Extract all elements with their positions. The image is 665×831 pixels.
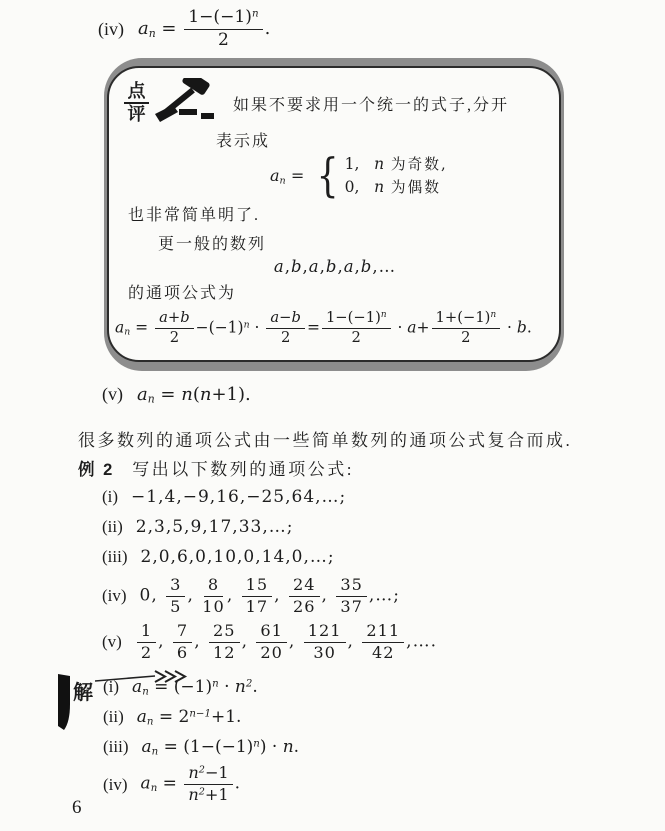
item-label: (iv) — [103, 775, 128, 795]
item-label: (iii) — [102, 547, 128, 567]
sequence-values: 12, 76, 2512, 6120, 12130, 21142,…. — [135, 622, 437, 662]
formula: an = 1−(−1)n2. — [138, 8, 270, 50]
remark-text-line5: 的通项公式为 — [128, 280, 546, 303]
remark-label-bottom: 评 — [128, 105, 146, 124]
piecewise-case-even: 0, n 为偶数 — [345, 176, 448, 197]
example2-item-i: (i) −1,4,−9,16,−25,64,…; — [102, 484, 665, 510]
item-label: (iii) — [103, 737, 129, 757]
item-label: (v) — [102, 384, 123, 405]
solution-item-iii: (iii) an = (1−(−1)n) · n. — [103, 734, 665, 760]
remark-text-line4: 更一般的数列 — [158, 231, 546, 254]
solution-items: (i) an = (−1)n · n2. (ii) an = 2n−1+1. (… — [103, 674, 665, 804]
example2-item-v: (v) 12, 76, 2512, 6120, 12130, 21142,…. — [102, 622, 665, 662]
sequence-values: 0, 35, 810, 1517, 2426, 3537,…; — [140, 576, 400, 616]
sequence-values: 2,3,5,9,17,33,…; — [136, 517, 294, 537]
sequence-values: −1,4,−9,16,−25,64,…; — [131, 487, 346, 507]
solution-item-iv: (iv) an = n2−1n2+1. — [103, 764, 665, 804]
remark-label: 点 评 — [124, 82, 149, 124]
formula: an = n2−1n2+1. — [141, 764, 241, 804]
item-label: (i) — [102, 487, 118, 507]
solution-header: 解 — [57, 674, 93, 730]
solution-bar-icon — [57, 674, 71, 730]
left-brace: { — [317, 156, 339, 195]
example2-label: 例 2 — [78, 456, 114, 480]
arrow-right-icon — [95, 668, 191, 686]
piecewise-formula: an = { 1, n 为奇数, 0, n 为偶数 — [270, 153, 546, 197]
page-number: 6 — [72, 797, 82, 819]
formula: an = n(n+1). — [137, 384, 251, 405]
formula-line-v: (v) an = n(n+1). — [102, 384, 665, 405]
remark-text-line1: 如果不要求用一个统一的式子,分开 — [233, 92, 509, 115]
remark-label-top: 点 — [128, 82, 146, 101]
example2-title: 写出以下数列的通项公式: — [132, 455, 354, 480]
item-label: (v) — [102, 632, 122, 652]
general-term-formula: an = a+b2−(−1)n · a−b2=1−(−1)n2 · a+1+(−… — [115, 310, 546, 347]
formula: an = 2n−1+1. — [137, 707, 242, 727]
general-sequence: a,b,a,b,a,b,… — [124, 257, 546, 276]
remark-box: 点 评 如果不要求用一个统一的式子,分开 表示成 an = — [104, 58, 564, 371]
item-label: (ii) — [102, 517, 123, 537]
example2-item-iv: (iv) 0, 35, 810, 1517, 2426, 3537,…; — [102, 576, 665, 616]
gavel-icon — [151, 78, 225, 126]
remark-box-shadow: 点 评 如果不要求用一个统一的式子,分开 表示成 an = — [104, 58, 564, 371]
remark-box-inner: 点 评 如果不要求用一个统一的式子,分开 表示成 an = — [107, 66, 561, 362]
item-label: (iv) — [98, 19, 124, 40]
item-label: (iv) — [102, 586, 127, 606]
solution-label: 解 — [73, 676, 93, 705]
example2-heading: 例 2 写出以下数列的通项公式: — [78, 455, 665, 480]
piecewise-cases: 1, n 为奇数, 0, n 为偶数 — [345, 153, 448, 197]
piecewise-lhs: an = — [270, 166, 309, 185]
formula: an = (1−(−1)n) · n. — [142, 737, 300, 757]
formula-line-top-iv: (iv) an = 1−(−1)n2. — [0, 0, 665, 50]
intro-paragraph: 很多数列的通项公式由一些简单数列的通项公式复合而成. — [78, 426, 665, 451]
example2-item-iii: (iii) 2,0,6,0,10,0,14,0,…; — [102, 544, 665, 570]
remark-text-line3: 也非常简单明了. — [128, 202, 546, 225]
item-label: (ii) — [103, 707, 124, 727]
solution-section: 解 (i) an = (−1)n · n2. (ii) an = 2n−1+1.… — [57, 674, 665, 804]
example2-item-ii: (ii) 2,3,5,9,17,33,…; — [102, 514, 665, 540]
sequence-values: 2,0,6,0,10,0,14,0,…; — [141, 547, 335, 567]
textbook-page: (iv) an = 1−(−1)n2. 点 评 — [0, 0, 665, 831]
remark-header: 点 评 如果不要求用一个统一的式子,分开 — [124, 76, 546, 126]
piecewise-case-odd: 1, n 为奇数, — [345, 153, 448, 174]
remark-text-line2: 表示成 — [216, 128, 546, 151]
solution-item-ii: (ii) an = 2n−1+1. — [103, 704, 665, 730]
